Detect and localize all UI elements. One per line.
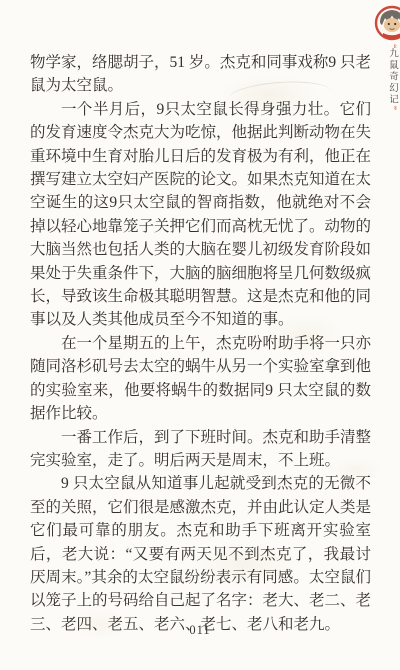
paragraph: 在一个星期五的上午，杰克吩咐助手将一只亦随同洛杉矶号去太空的蜗牛从另一个实验室拿… xyxy=(30,332,371,426)
mouse-mascot-badge-icon xyxy=(374,5,400,41)
book-page: “九鼠奇幻记” 物学家，络腮胡子，51 岁。杰克和同事戏称9 只老鼠为太空鼠。 … xyxy=(0,0,400,670)
paragraph-continued: 物学家，络腮胡子，51 岁。杰克和同事戏称9 只老鼠为太空鼠。 xyxy=(30,51,371,98)
paragraph: 一番工作后，到了下班时间。杰克和助手清整完实验室，走了。明后两天是周末，不上班。 xyxy=(30,426,371,473)
paragraph: 9 只太空鼠从知道事儿起就受到杰克的无微不至的关照，它们很是感激杰克，并由此认定… xyxy=(30,472,371,636)
paragraph: 一个半月后，9只太空鼠长得身强力壮。它们的发育速度令杰克大为吃惊，他据此判断动物… xyxy=(30,98,371,332)
book-title-vertical: “九鼠奇幻记” xyxy=(385,44,399,110)
quote-close-mark: ” xyxy=(387,106,397,110)
book-title-text: 九鼠奇幻记 xyxy=(387,48,397,106)
page-body: 物学家，络腮胡子，51 岁。杰克和同事戏称9 只老鼠为太空鼠。 一个半月后，9只… xyxy=(30,51,371,636)
page-number: 011 xyxy=(0,623,400,638)
